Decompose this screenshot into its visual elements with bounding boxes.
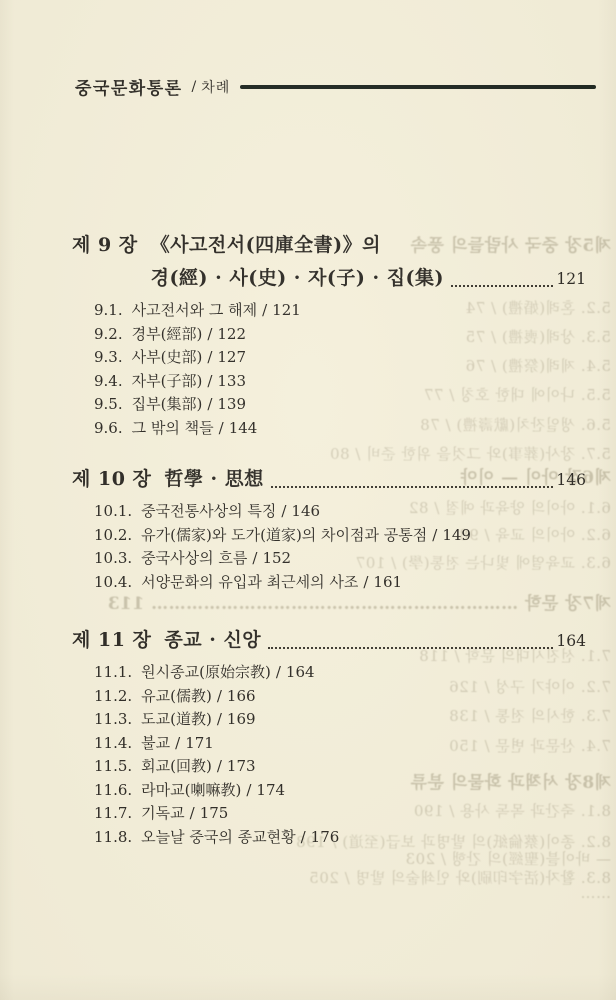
- toc-item-page: 149: [442, 524, 471, 548]
- toc-item-text: 서양문화의 유입과 최근세의 사조: [141, 571, 358, 595]
- toc-item: 9.4. 자부(子部) / 133: [94, 370, 586, 394]
- dot-leader: [268, 647, 553, 649]
- toc-items: 9.1. 사고전서와 그 해제 / 121 9.2. 경부(經部) / 122 …: [72, 299, 586, 440]
- toc-item-page: 164: [286, 661, 315, 685]
- toc-item-number: 11.4.: [94, 732, 132, 756]
- toc-item-separator: /: [246, 779, 251, 803]
- chapter-heading: 제 9 장 《사고전서(四庫全書)》의 경(經) · 사(史) · 자(子) ·…: [72, 229, 586, 296]
- toc-item-separator: /: [207, 370, 212, 394]
- toc-item: 11.4. 불교 / 171: [94, 732, 586, 756]
- toc-item-number: 9.4.: [94, 370, 123, 394]
- chapter-label: 제 9 장: [72, 229, 138, 262]
- chapter-label: 제 10 장: [72, 463, 151, 496]
- toc-item: 10.4. 서양문화의 유입과 최근세의 사조 / 161: [94, 571, 586, 595]
- toc-item-number: 10.3.: [94, 547, 132, 571]
- toc-item-page: 173: [227, 755, 256, 779]
- book-page: 제5장 중국 사람들의 풍속5.2. 혼례(婚禮) / 745.3. 상례(喪禮…: [0, 0, 616, 1000]
- toc-item-text: 오늘날 중국의 종교현황: [141, 826, 295, 850]
- toc-item-text: 기독교: [141, 802, 184, 826]
- toc-item: 9.5. 집부(集部) / 139: [94, 393, 586, 417]
- toc-item-separator: /: [276, 661, 281, 685]
- toc-item-page: 171: [185, 732, 214, 756]
- chapter-title-line: 《사고전서(四庫全書)》의: [151, 229, 586, 262]
- toc-item: 11.8. 오늘날 중국의 종교현황 / 176: [94, 826, 586, 850]
- toc-item-separator: /: [363, 571, 368, 595]
- toc-item-separator: /: [217, 755, 222, 779]
- toc-item-separator: /: [432, 524, 437, 548]
- toc-item-text: 집부(集部): [132, 393, 203, 417]
- chapter-title-line: 哲學 · 思想 146: [164, 463, 586, 497]
- toc-item: 10.1. 중국전통사상의 특징 / 146: [94, 500, 586, 524]
- toc-chapter: 제 9 장 《사고전서(四庫全書)》의 경(經) · 사(史) · 자(子) ·…: [72, 229, 586, 440]
- chapter-title-line: 종교 · 신앙 164: [164, 624, 586, 658]
- toc-item: 11.2. 유교(儒教) / 166: [94, 685, 586, 709]
- toc-item-page: 127: [217, 346, 246, 370]
- bleedthrough-line: ……: [580, 884, 611, 902]
- toc-item-number: 10.4.: [94, 571, 132, 595]
- toc-item-page: 169: [227, 708, 256, 732]
- header-rule: [240, 85, 596, 89]
- chapter-title: 《사고전서(四庫全書)》의: [151, 229, 381, 262]
- toc-item-separator: /: [207, 323, 212, 347]
- chapter-title-block: 哲學 · 思想 146: [164, 463, 586, 497]
- toc-item: 9.3. 사부(史部) / 127: [94, 346, 586, 370]
- toc-item-text: 회교(回教): [141, 755, 212, 779]
- toc-items: 10.1. 중국전통사상의 특징 / 146 10.2. 유가(儒家)와 도가(…: [72, 500, 586, 594]
- toc-item-separator: /: [217, 685, 222, 709]
- toc-item-number: 9.6.: [94, 417, 123, 441]
- toc-item-page: 139: [217, 393, 246, 417]
- toc-item-page: 122: [217, 323, 246, 347]
- toc-item-page: 161: [373, 571, 402, 595]
- toc-item: 10.2. 유가(儒家)와 도가(道家)의 차이점과 공통점 / 149: [94, 524, 586, 548]
- toc-item-separator: /: [207, 393, 212, 417]
- page-header: 중국문화통론 / 차례: [75, 74, 596, 99]
- toc-item-separator: /: [207, 346, 212, 370]
- chapter-title-line2: 경(經) · 사(史) · 자(子) · 집(集) 121: [151, 262, 586, 296]
- toc-item: 9.2. 경부(經部) / 122: [94, 323, 586, 347]
- toc-item-separator: /: [262, 299, 267, 323]
- toc-item: 11.6. 라마교(喇嘛教) / 174: [94, 779, 586, 803]
- chapter-title: 哲學 · 思想: [164, 463, 263, 496]
- toc-item-text: 중국사상의 흐름: [141, 547, 247, 571]
- chapter-page-number: 146: [556, 464, 586, 497]
- toc-item-text: 원시종교(原始宗教): [141, 661, 271, 685]
- toc-item-number: 10.1.: [94, 500, 132, 524]
- chapter-title-block: 종교 · 신앙 164: [164, 624, 586, 658]
- toc-item: 11.7. 기독교 / 175: [94, 802, 586, 826]
- chapter-title: 종교 · 신앙: [164, 624, 261, 657]
- toc-item-page: 175: [200, 802, 229, 826]
- chapter-page-number: 164: [556, 625, 586, 658]
- toc-item-page: 174: [256, 779, 285, 803]
- toc-item-number: 10.2.: [94, 524, 132, 548]
- toc-item-page: 121: [272, 299, 301, 323]
- toc-items: 11.1. 원시종교(原始宗教) / 164 11.2. 유교(儒教) / 16…: [72, 661, 586, 849]
- toc-item-separator: /: [281, 500, 286, 524]
- table-of-contents: 제 9 장 《사고전서(四庫全書)》의 경(經) · 사(史) · 자(子) ·…: [72, 229, 586, 849]
- toc-item-separator: /: [252, 547, 257, 571]
- toc-item-text: 유가(儒家)와 도가(道家)의 차이점과 공통점: [141, 524, 427, 548]
- toc-item-text: 중국전통사상의 특징: [141, 500, 276, 524]
- toc-item-separator: /: [217, 708, 222, 732]
- toc-item-page: 144: [229, 417, 258, 441]
- toc-item-number: 11.6.: [94, 779, 132, 803]
- toc-item-text: 자부(子部): [132, 370, 203, 394]
- toc-item-text: 경부(經部): [132, 323, 203, 347]
- header-section-label: 차례: [201, 77, 230, 97]
- chapter-heading: 제 11 장 종교 · 신앙 164: [72, 624, 586, 658]
- toc-item-separator: /: [175, 732, 180, 756]
- toc-item-number: 9.1.: [94, 299, 123, 323]
- bleedthrough-line: 8.3. 활자(活字印刷)와 인쇄술의 발명 / 205: [309, 867, 611, 888]
- toc-item-separator: /: [190, 802, 195, 826]
- toc-item-page: 133: [217, 370, 246, 394]
- toc-item: 9.1. 사고전서와 그 해제 / 121: [94, 299, 586, 323]
- toc-item-text: 유교(儒教): [141, 685, 212, 709]
- toc-item-number: 11.8.: [94, 826, 132, 850]
- toc-item: 11.3. 도교(道教) / 169: [94, 708, 586, 732]
- toc-item-number: 11.1.: [94, 661, 132, 685]
- dot-leader: [271, 486, 554, 488]
- toc-item: 11.1. 원시종교(原始宗教) / 164: [94, 661, 586, 685]
- toc-item: 9.6. 그 밖의 책들 / 144: [94, 417, 586, 441]
- toc-item-number: 9.3.: [94, 346, 123, 370]
- toc-item-text: 사부(史部): [132, 346, 203, 370]
- chapter-label: 제 11 장: [72, 624, 151, 657]
- toc-item-number: 11.3.: [94, 708, 132, 732]
- toc-item-text: 라마교(喇嘛教): [141, 779, 241, 803]
- toc-item-number: 11.7.: [94, 802, 132, 826]
- chapter-heading: 제 10 장 哲學 · 思想 146: [72, 463, 586, 497]
- toc-item-page: 176: [311, 826, 340, 850]
- toc-item-text: 불교: [141, 732, 170, 756]
- toc-item-separator: /: [301, 826, 306, 850]
- toc-item-number: 11.2.: [94, 685, 132, 709]
- toc-item-text: 그 밖의 책들: [132, 417, 214, 441]
- chapter-title-block: 《사고전서(四庫全書)》의 경(經) · 사(史) · 자(子) · 집(集) …: [151, 229, 586, 296]
- toc-item-page: 166: [227, 685, 256, 709]
- header-separator: /: [192, 79, 197, 95]
- toc-chapter: 제 10 장 哲學 · 思想 146 10.1. 중국전통사상의 특징 / 14…: [72, 463, 586, 594]
- toc-item: 11.5. 회교(回教) / 173: [94, 755, 586, 779]
- toc-item-separator: /: [219, 417, 224, 441]
- toc-item-page: 152: [262, 547, 291, 571]
- dot-leader: [451, 285, 553, 287]
- chapter-page-number: 121: [556, 263, 586, 296]
- toc-item: 10.3. 중국사상의 흐름 / 152: [94, 547, 586, 571]
- toc-item-number: 11.5.: [94, 755, 132, 779]
- toc-chapter: 제 11 장 종교 · 신앙 164 11.1. 원시종교(原始宗教) / 16…: [72, 624, 586, 849]
- toc-item-number: 9.5.: [94, 393, 123, 417]
- toc-item-number: 9.2.: [94, 323, 123, 347]
- toc-item-text: 사고전서와 그 해제: [132, 299, 257, 323]
- toc-item-text: 도교(道教): [141, 708, 212, 732]
- bleedthrough-line: — 바이블(聖經)의 간행 / 203: [405, 848, 611, 869]
- toc-item-page: 146: [291, 500, 320, 524]
- chapter-title-continued: 경(經) · 사(史) · 자(子) · 집(集): [151, 262, 444, 295]
- book-title: 중국문화통론: [75, 74, 183, 99]
